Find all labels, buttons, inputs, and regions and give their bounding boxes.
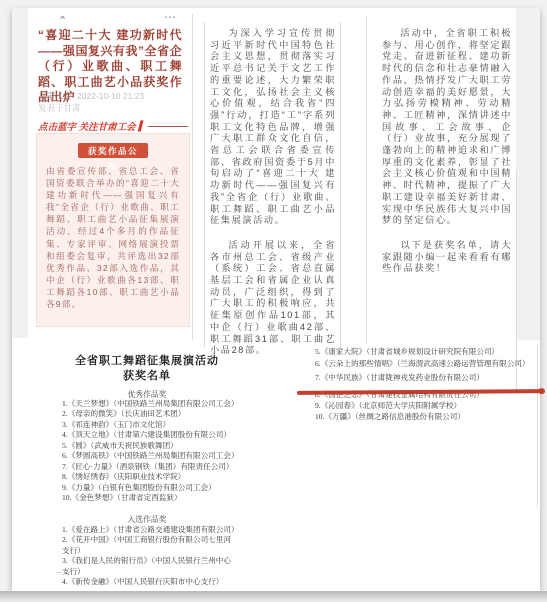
bottom-shadow xyxy=(0,591,547,602)
page-border-right-of-middle xyxy=(340,22,341,348)
right-paragraph-1: 活动中，全省职工积极参与、用心创作，将坚定跟党走、奋进新征程、建功新时代的信念和… xyxy=(382,28,512,227)
publish-timestamp: 2022-10-10 21:23 xyxy=(77,91,144,101)
more-menu-icon[interactable]: ⋯ xyxy=(164,10,177,24)
follow-tagline-text: 点击蓝字 关注甘肃工会 xyxy=(38,119,136,133)
middle-paragraph-1: 为深入学习宣传贯彻习近平新时代中国特色社会主义思想，贯彻落实习近平总书记关于文艺… xyxy=(210,28,336,227)
announcement-intro-paragraph: 由省委宣传部、省总工会、省国资委联合举办的“喜迎二十大 建功新时代——强国复兴有… xyxy=(46,165,180,310)
list-item: 5.《圆》（武威市天祝民族歌舞团） xyxy=(62,441,237,451)
tagline-rule xyxy=(148,126,188,127)
tagline-bar-icon: ▍ xyxy=(139,121,146,132)
award-doc-title-line2: 获奖名单 xyxy=(40,367,254,383)
back-icon[interactable]: ⌃ xyxy=(58,14,67,27)
list-item: 9.《力量》（白银有色集团股份有限公司工会） xyxy=(62,483,237,493)
announcement-panel: 获奖作品公布 由省委宣传部、省总工会、省国资委联合举办的“喜迎二十大 建功新时代… xyxy=(36,133,190,327)
selected-award-list: 1.《爱在路上》（甘肃省公路交通建设集团有限公司） 2.《花开中国》（中国工商银… xyxy=(62,525,237,588)
excellent-award-list: 1.《天兰梦想》（中国铁路兰州局集团有限公司工会） 2.《母亲的微笑》（长庆油田… xyxy=(62,399,237,504)
list-item: 6.《梦圆高铁》（中国铁路兰州局集团有限公司工会） xyxy=(62,451,237,461)
account-name[interactable]: 甘肃工会 xyxy=(38,91,72,101)
list-item: 2.《花开中国》（中国工商银行股份有限公司七里河支行） xyxy=(62,535,237,556)
middle-paragraph-2: 活动开展以来，全省各市州总工会、省级产业（系统）工会、省总直属基层工会和省属企业… xyxy=(210,240,336,357)
list-item: 6.《云朵上的那些情唱》（兰海渭武高速公路运营管理有限公司） xyxy=(293,358,541,369)
list-continuation-ellipsis: ⋯⋯ xyxy=(55,569,71,577)
section-heading-selected: 入选作品奖 xyxy=(40,514,254,525)
award-announcement-button[interactable]: 获奖作品公布 xyxy=(78,143,148,158)
list-item: 5.《康家大院》（甘肃省城乡规划设计研究院有限公司） xyxy=(293,346,541,357)
list-item: 4.《新传金融》（中国人民银行庆阳市中心支行） xyxy=(62,577,237,587)
list-item: 9.《沁园春》（北京师范大学庆阳附属学校） xyxy=(293,400,541,411)
background-gutter-left xyxy=(12,8,28,338)
list-item: 10.《金色梦想》（甘肃省定西监狱） xyxy=(62,493,237,503)
list-item: 1.《天兰梦想》（中国铁路兰州局集团有限公司工会） xyxy=(62,399,237,409)
column-divider xyxy=(366,16,367,344)
right-paragraph-2: 以下是获奖名单，请大家跟随小编一起来看看有哪些作品获奖！ xyxy=(382,240,512,275)
follow-tagline[interactable]: 点击蓝字 关注甘肃工会 ▍ xyxy=(38,119,188,133)
right-column-text: 活动中，全省职工积极参与、用心创作，将坚定跟党走、奋进新征程、建功新时代的信念和… xyxy=(382,28,512,275)
award-doc-title-line1: 全省职工舞蹈征集展演活动 xyxy=(40,352,254,368)
article-byline: 甘肃工会2022-10-10 21:23 xyxy=(38,90,144,102)
list-item: 7.《匠心·力量》（酒泉钢铁（集团）有限责任公司） xyxy=(62,462,237,472)
list-item: 3.《我们是人民的银行员》（中国人民银行兰州中心支行） xyxy=(62,556,237,577)
column-divider xyxy=(192,14,193,340)
list-item: 10.《万疆》（丝绸之路信息港股份有限公司） xyxy=(293,411,541,422)
background-gutter-right xyxy=(516,8,540,340)
list-item: 8.《绣好绣春》（庆阳职业技术学院） xyxy=(62,472,237,482)
middle-column-text: 为深入学习宣传贯彻习近平新时代中国特色社会主义思想，贯彻落实习近平总书记关于文艺… xyxy=(210,28,336,357)
award-list-page2: 5.《康家大院》（甘肃省城乡规划设计研究院有限公司） 6.《云朵上的那些情唱》（… xyxy=(293,346,541,422)
list-item: 3.《祁连神韵》（玉门市文化馆） xyxy=(62,420,237,430)
page-border-left-of-middle xyxy=(204,22,205,348)
list-item: 1.《爱在路上》（甘肃省公路交通建设集团有限公司） xyxy=(62,525,237,535)
list-item: 4.《顶天立地》（甘肃第六建设集团股份有限公司） xyxy=(62,430,237,440)
publish-origin: 发表于甘肃 xyxy=(38,102,81,114)
list-item: 2.《母亲的微笑》（长庆油田艺术团） xyxy=(62,409,237,419)
list-item-highlighted: 7.《中华民族》（甘肃陇神戎发药业股份有限公司） xyxy=(293,372,541,383)
